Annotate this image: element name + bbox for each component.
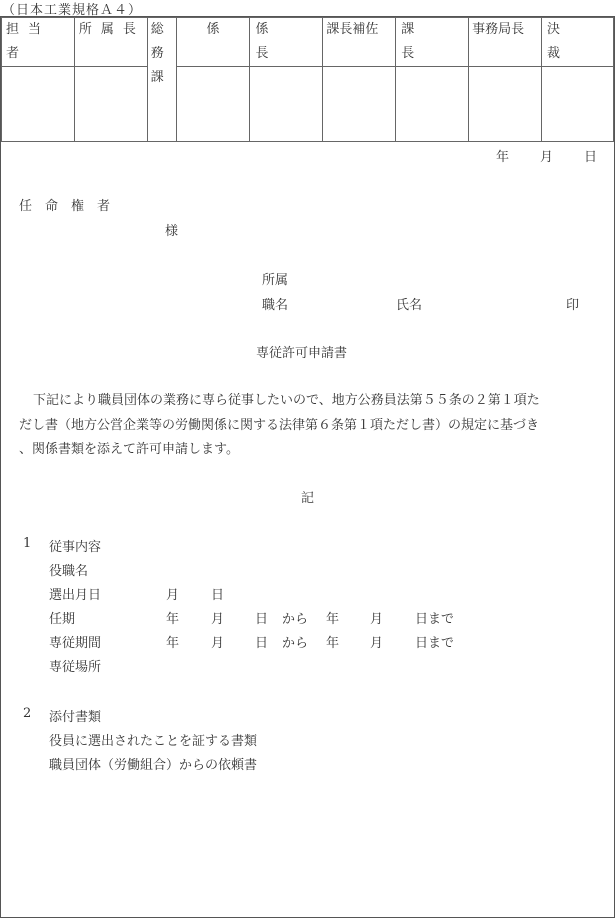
senju-from-month: 月 — [211, 632, 224, 651]
senju-from-day: 日 — [255, 632, 268, 651]
ninki-to-month: 月 — [370, 608, 383, 627]
header-kakaricho: 係長 — [250, 18, 323, 67]
body-line-3: 、関係書類を添えて許可申請します。 — [19, 438, 239, 457]
stamp-box-kessai[interactable] — [541, 67, 613, 142]
name-label: 氏名 — [396, 294, 422, 313]
header-somuka: 総 務 課 — [147, 18, 176, 142]
ki-heading: 記 — [301, 487, 314, 506]
affiliation-label: 所属 — [262, 269, 288, 288]
row-label-yakushokumei: 役職名 — [49, 560, 88, 579]
form-frame: 担当者 所属長 総 務 課 係 係長 課長補佐 課長 事務局長 決裁 — [0, 16, 615, 918]
ninki-to-day: 日まで — [415, 608, 454, 627]
header-tanto: 担当者 — [2, 18, 75, 67]
stamp-box-kacho[interactable] — [396, 67, 469, 142]
senshutsu-day: 日 — [211, 584, 224, 603]
stamp-box-jimukyokucho[interactable] — [469, 67, 542, 142]
honorific-sama: 様 — [165, 220, 178, 239]
position-label: 職名 — [262, 294, 288, 313]
row-label-senshutsu: 選出月日 — [49, 584, 101, 603]
header-kessai: 決裁 — [541, 18, 613, 67]
senju-from-year: 年 — [166, 632, 179, 651]
senju-to-day: 日まで — [415, 632, 454, 651]
appointing-authority-label: 任 命 権 者 — [19, 195, 110, 214]
date-day: 日 — [584, 146, 597, 165]
row-label-senju-kikan: 専従期間 — [49, 632, 101, 651]
ninki-from-year: 年 — [166, 608, 179, 627]
stamp-box-shozokucho[interactable] — [74, 67, 147, 142]
attachment-item: 職員団体（労働組合）からの依頼書 — [49, 754, 257, 773]
ninki-kara: から — [282, 608, 308, 627]
senshutsu-month: 月 — [166, 584, 179, 603]
ninki-to-year: 年 — [326, 608, 339, 627]
body-line-1: 下記により職員団体の業務に専ら従事したいので、地方公務員法第５５条の２第１項た — [33, 389, 540, 408]
section2-number: 2 — [23, 706, 31, 721]
stamp-box-kakaricho[interactable] — [250, 67, 323, 142]
seal-label: 印 — [566, 294, 579, 313]
body-line-2: だし書（地方公営企業等の労働関係に関する法律第６条第１項ただし書）の規定に基づき — [19, 414, 539, 433]
stamp-box-tanto[interactable] — [2, 67, 75, 142]
ninki-from-day: 日 — [255, 608, 268, 627]
form-title: 専従許可申請書 — [256, 342, 347, 361]
section2-heading: 添付書類 — [49, 706, 101, 725]
stamp-box-kakari[interactable] — [176, 67, 250, 142]
attachment-item: 役員に選出されたことを証する書類 — [49, 730, 257, 749]
header-shozokucho: 所属長 — [74, 18, 147, 67]
approval-stamp-table: 担当者 所属長 総 務 課 係 係長 課長補佐 課長 事務局長 決裁 — [1, 17, 614, 142]
ninki-from-month: 月 — [211, 608, 224, 627]
section1-heading: 従事内容 — [49, 536, 101, 555]
header-kakari: 係 — [176, 18, 250, 67]
date-year: 年 — [496, 146, 509, 165]
date-month: 月 — [540, 146, 553, 165]
header-kacho: 課長 — [396, 18, 469, 67]
header-kachohosa: 課長補佐 — [323, 18, 396, 67]
row-label-senju-basho: 専従場所 — [49, 656, 101, 675]
senju-to-month: 月 — [370, 632, 383, 651]
senju-kara: から — [282, 632, 308, 651]
stamp-box-kachohosa[interactable] — [323, 67, 396, 142]
senju-to-year: 年 — [326, 632, 339, 651]
section1-number: 1 — [23, 536, 31, 551]
row-label-ninki: 任期 — [49, 608, 75, 627]
header-jimukyokucho: 事務局長 — [469, 18, 542, 67]
